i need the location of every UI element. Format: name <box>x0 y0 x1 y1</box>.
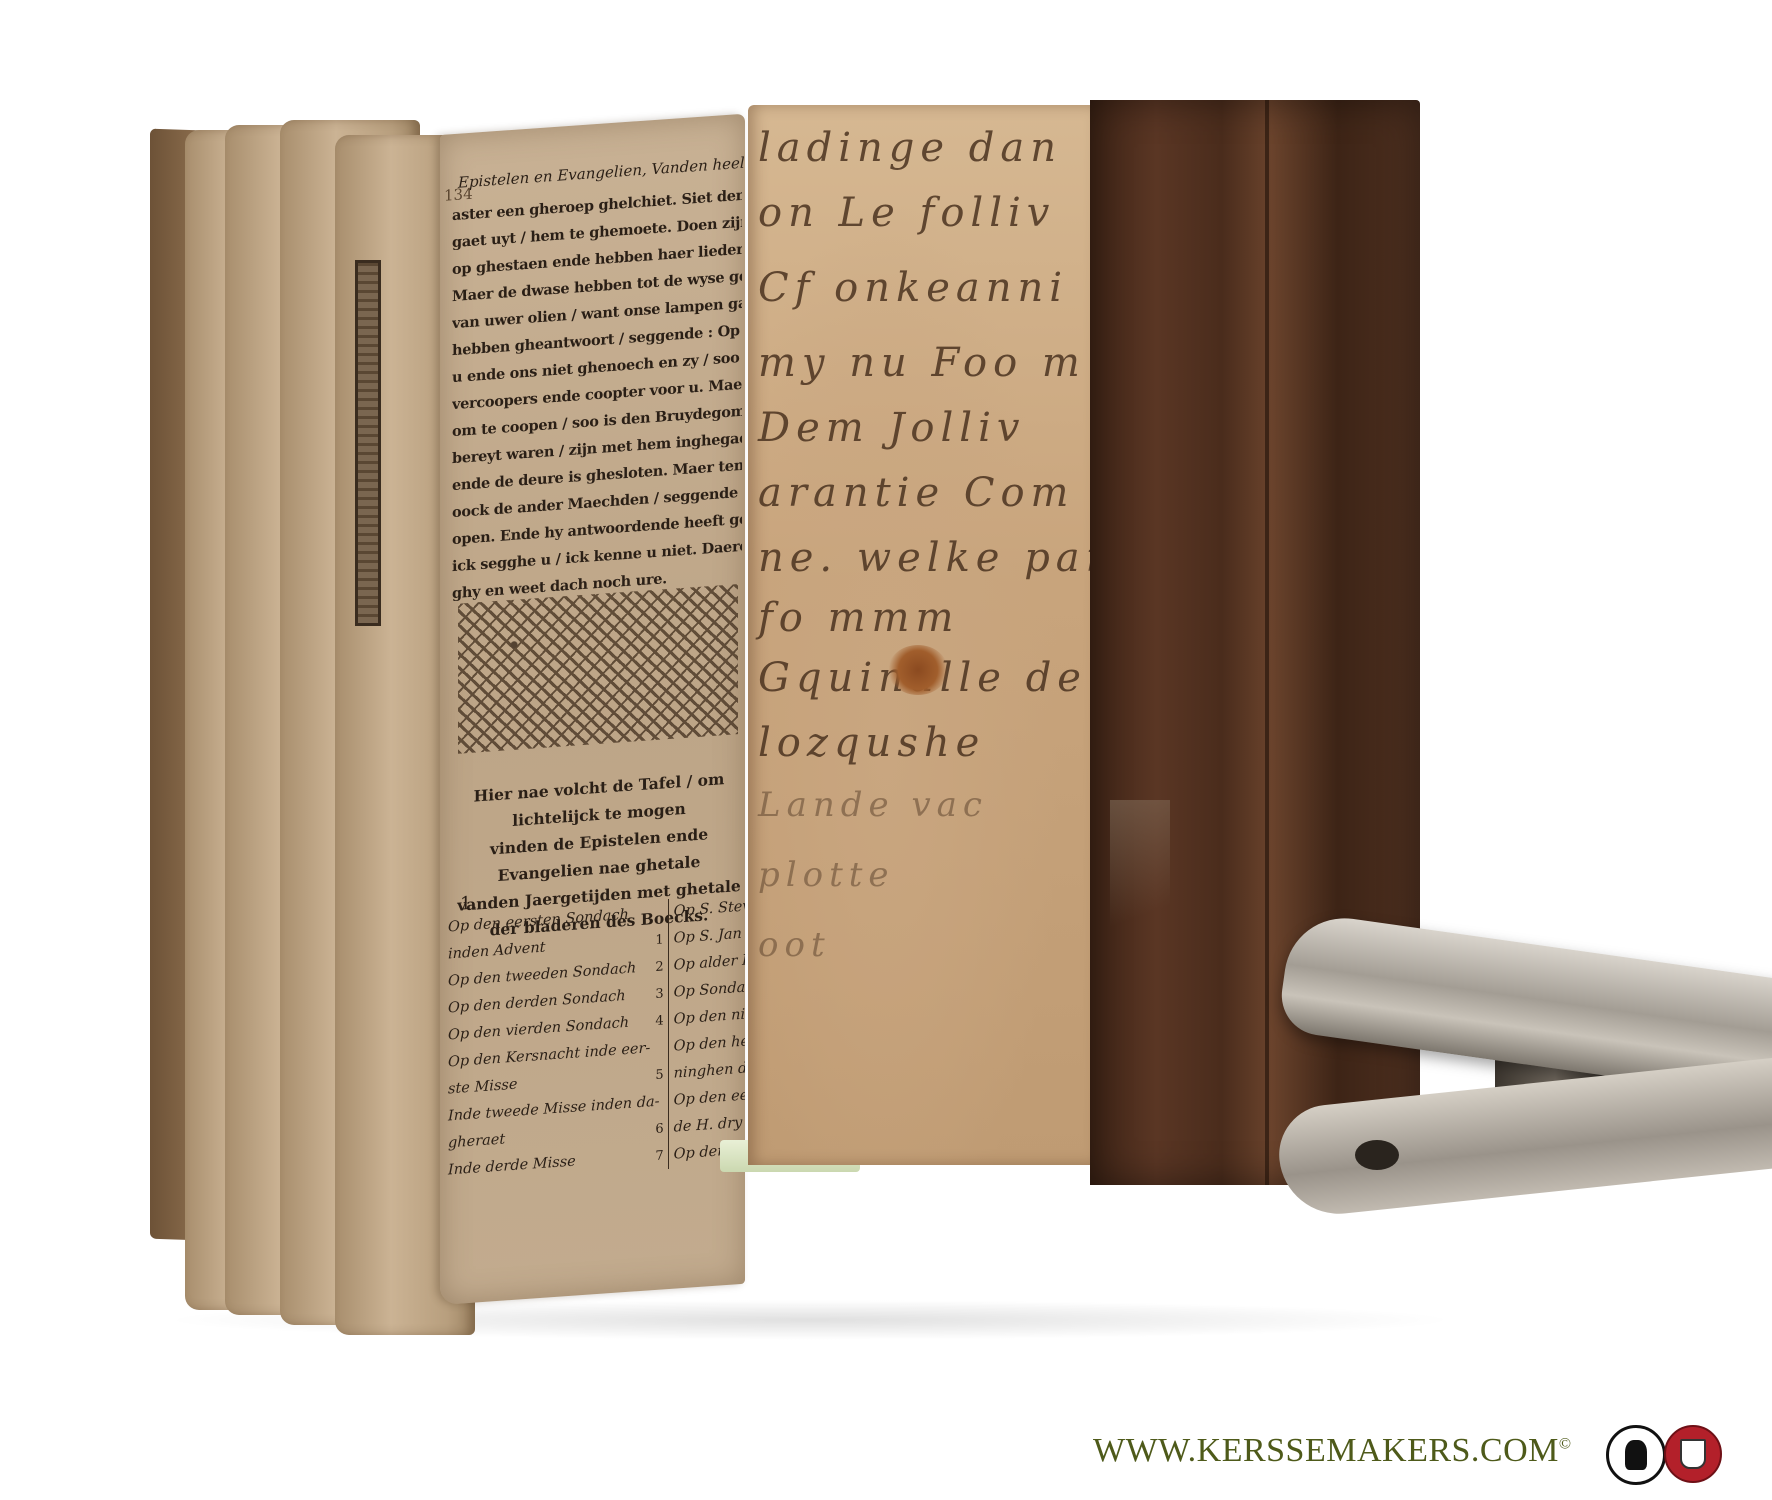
entry-page: 5 <box>651 1061 663 1089</box>
woodcut-border-illustration <box>355 260 381 626</box>
handwriting-line: arantie Com <box>758 470 1074 516</box>
nva-logo-icon <box>1606 1425 1666 1485</box>
handwriting-line: lozqushe <box>758 720 985 766</box>
entry-page <box>660 1088 664 1115</box>
page-block <box>185 120 475 1330</box>
gospel-text: aster een gheroep ghelchiet. Siet den Br… <box>452 182 742 607</box>
entry-page: 2 <box>651 953 663 981</box>
handwriting-line: Lande vac <box>758 785 988 825</box>
watermark-text: WWW.KERSSEMAKERS.COM <box>1093 1432 1559 1469</box>
entry-page <box>660 899 664 926</box>
handwriting-line: my nu Foo m <box>758 340 1086 386</box>
entry-page: 4 <box>651 1007 663 1035</box>
leather-scuff <box>1110 800 1170 960</box>
entry-page <box>660 1034 664 1061</box>
handwritten-parchment-pastedown: ladinge dan on Le folliv Cf onkeanni my … <box>748 105 1093 1165</box>
rust-stain <box>888 645 948 695</box>
ilab-logo-icon <box>1664 1425 1722 1483</box>
signature-mark: 1. <box>460 892 477 914</box>
handwriting-line: ladinge dan <box>758 125 1062 171</box>
calendar-column-right: Op S. Stevens dach9 Op S. Jan Evangelist… <box>668 884 745 1169</box>
entry-page: 1 <box>651 926 663 954</box>
entry-page: 6 <box>651 1115 663 1143</box>
liturgical-calendar-table: Op den eersten Sondach inden Advent1 Op … <box>448 894 743 1185</box>
book-photo: 134 Epistelen en Evangelien, Vanden heel… <box>0 0 1772 1500</box>
cover-fold-line <box>1265 100 1269 1185</box>
handwriting-line: on Le folliv <box>758 190 1055 236</box>
handwriting-line: ne. welke para <box>758 535 1141 581</box>
handwriting-line: plotte <box>758 855 895 895</box>
entry-page: 7 <box>651 1142 663 1170</box>
copyright-icon: © <box>1559 1436 1572 1453</box>
woodcut-ornament-band <box>458 584 738 754</box>
entry-text: gheraet <box>448 1126 505 1157</box>
shield-icon <box>1680 1439 1706 1469</box>
figure-icon <box>1625 1440 1647 1470</box>
calendar-column-left: Op den eersten Sondach inden Advent1 Op … <box>448 899 668 1184</box>
handwriting-line: fo mmm <box>758 595 959 641</box>
handwriting-line: Cf onkeanni <box>758 265 1068 311</box>
printed-page: 134 Epistelen en Evangelien, Vanden heel… <box>440 114 745 1305</box>
handwriting-line: oot <box>758 925 831 965</box>
handwriting-line: Dem Jolliv <box>758 405 1025 451</box>
entry-page: 3 <box>651 980 663 1008</box>
clasp-hole <box>1355 1140 1399 1170</box>
dealer-watermark: WWW.KERSSEMAKERS.COM© <box>1093 1432 1572 1470</box>
